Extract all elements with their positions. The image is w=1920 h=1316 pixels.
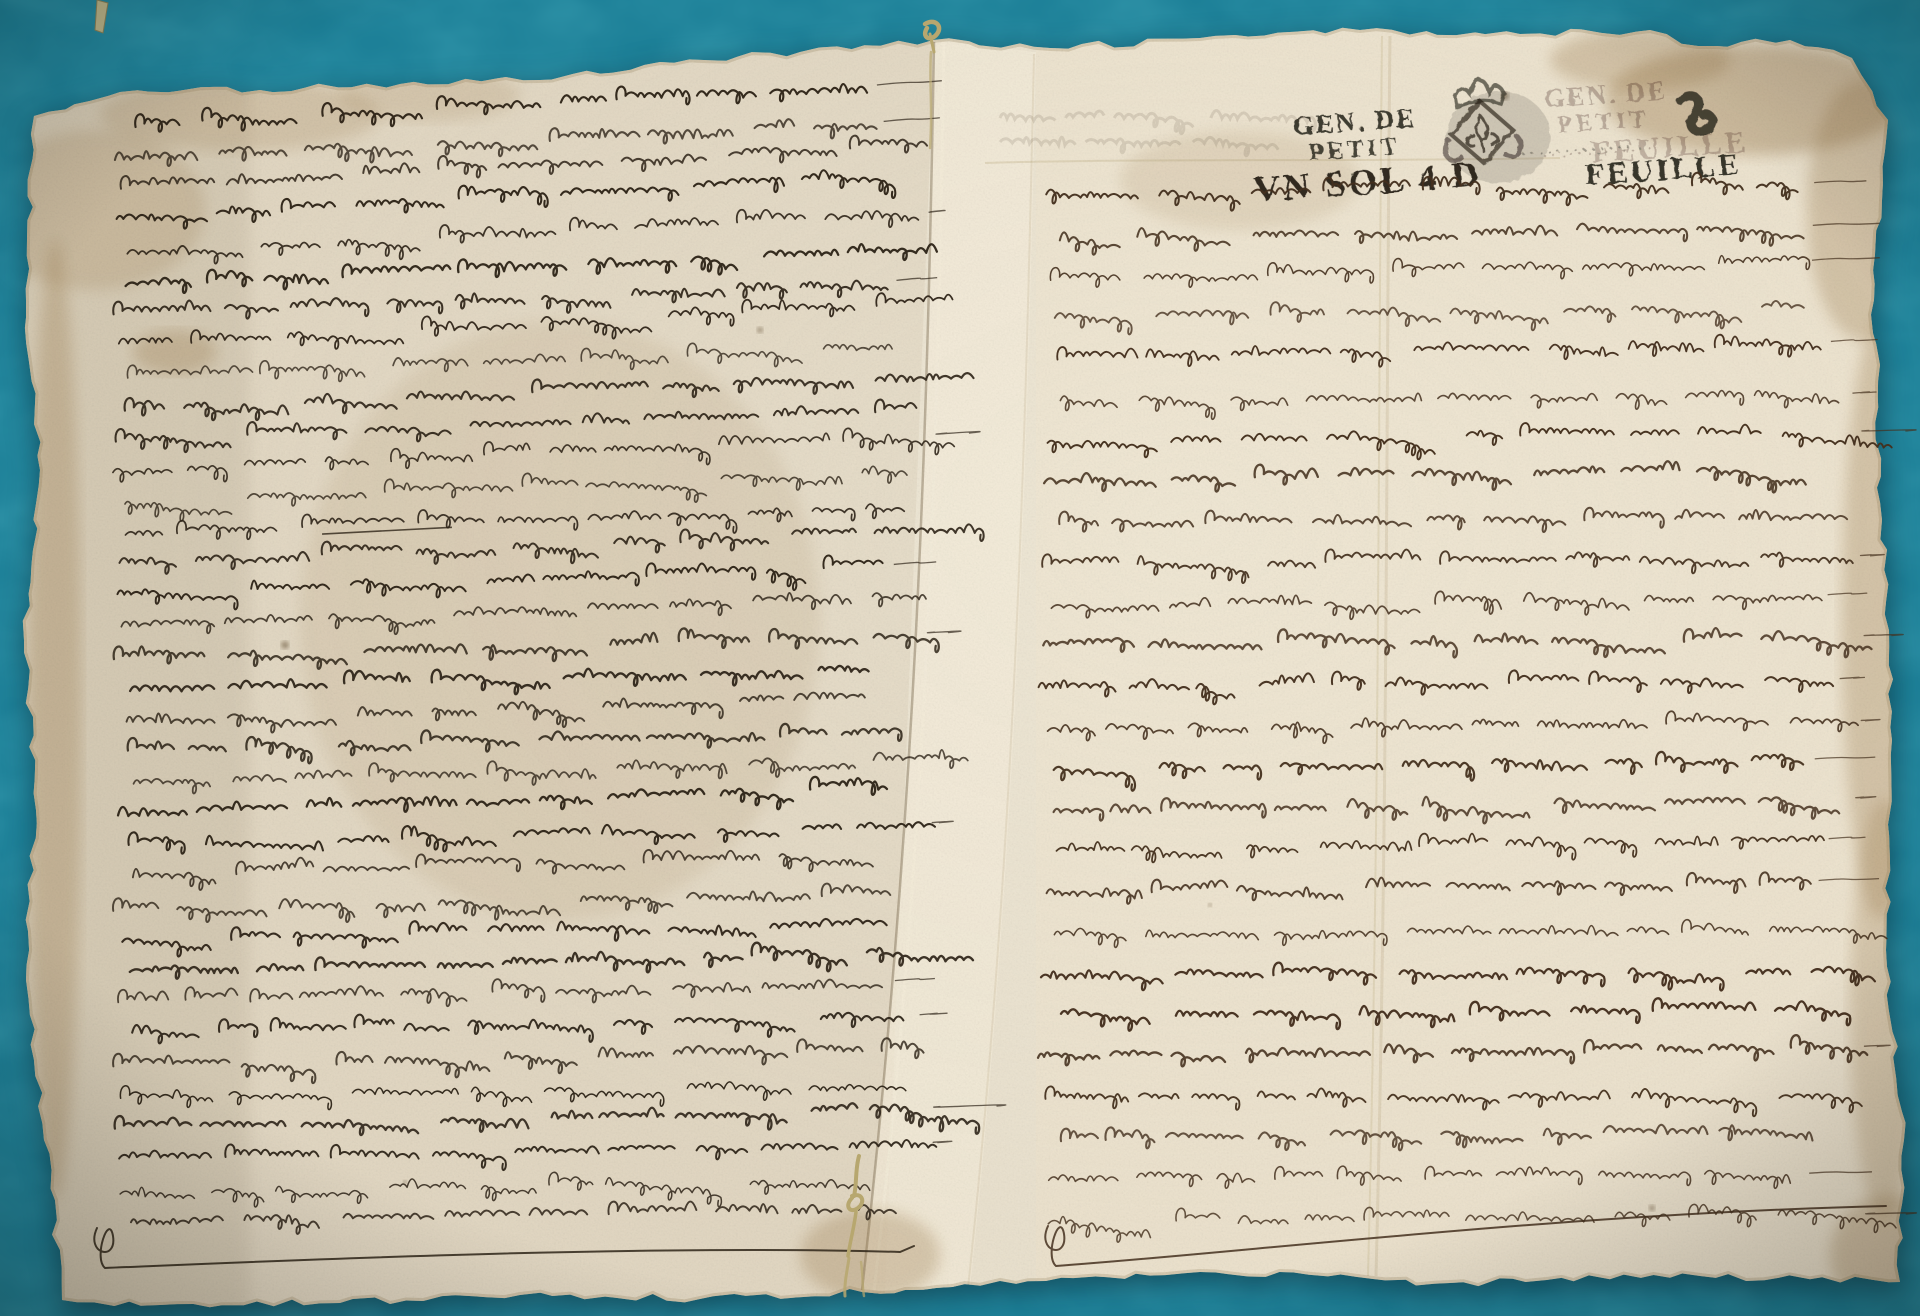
photo-vignette — [0, 0, 1920, 1316]
photograph-of-manuscript: GEN. DE PETIT ............. GEN. DE PETI… — [0, 0, 1920, 1316]
manuscript-scene: GEN. DE PETIT ............. GEN. DE PETI… — [0, 0, 1920, 1316]
